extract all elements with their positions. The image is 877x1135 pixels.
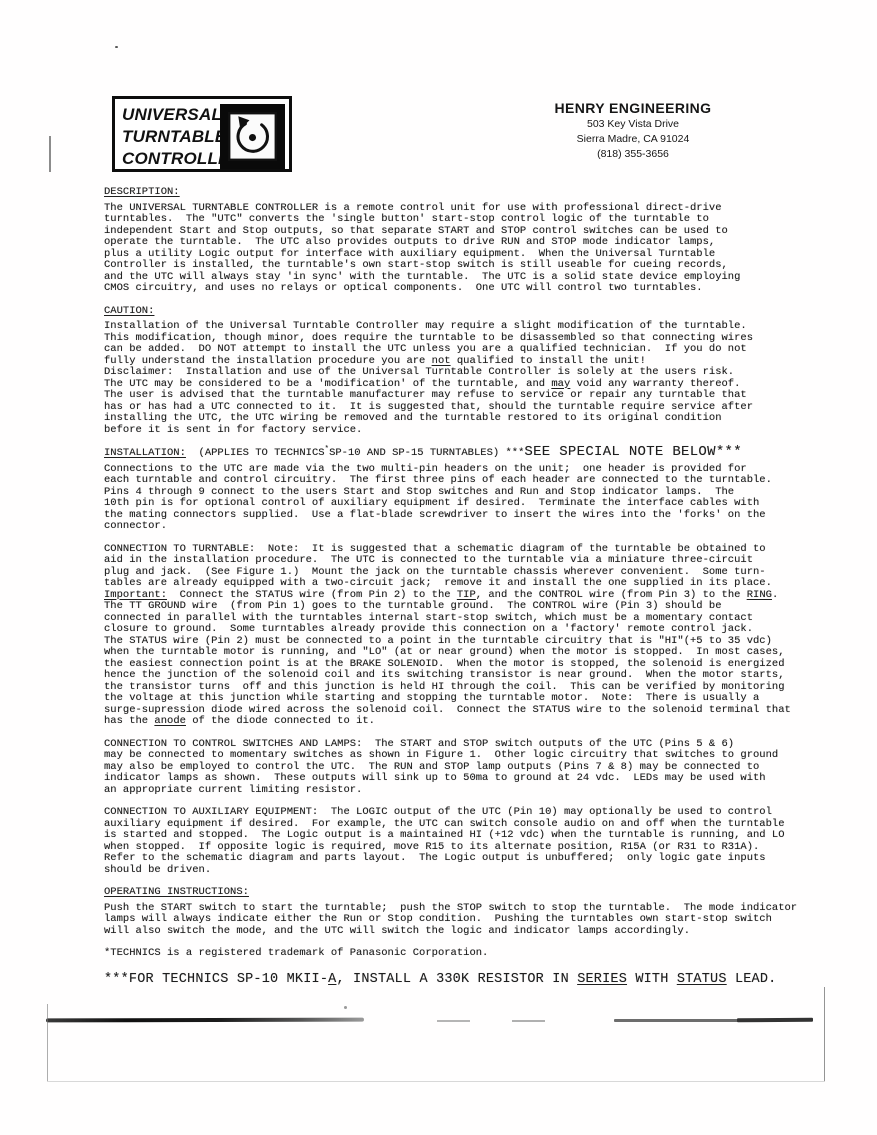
text-line: CAUTION: xyxy=(104,306,814,318)
text-line: connector. xyxy=(104,521,814,533)
text-line: an appropriate current limiting resistor… xyxy=(104,785,814,797)
page-edge-bottom xyxy=(47,1081,825,1082)
text-line: *TECHNICS is a registered trademark of P… xyxy=(104,948,814,960)
caution-heading: CAUTION: xyxy=(104,306,814,318)
scan-smudge-artifact xyxy=(46,1018,364,1023)
scan-speck-artifact xyxy=(115,46,118,48)
trademark-line: *TECHNICS is a registered trademark of P… xyxy=(104,948,814,960)
text-line: has the anode of the diode connected to … xyxy=(104,716,814,728)
caution-paragraph: Installation of the Universal Turntable … xyxy=(104,321,814,436)
text-line: ***FOR TECHNICS SP-10 MKII-A, INSTALL A … xyxy=(104,971,814,988)
text-line: INSTALLATION: (APPLIES TO TECHNICS*SP-10… xyxy=(104,447,814,460)
scan-smudge-artifact xyxy=(737,1018,813,1022)
text-line: before it is sent in for factory service… xyxy=(104,425,814,437)
text-line: OPERATING INSTRUCTIONS: xyxy=(104,887,814,899)
scan-smudge-artifact xyxy=(437,1020,470,1022)
company-address-line2: Sierra Madre, CA 91024 xyxy=(513,132,753,147)
scan-tick-artifact xyxy=(49,136,51,172)
scanned-page: UNIVERSAL TURNTABLE CONTROLLER HENRY ENG… xyxy=(0,0,877,1135)
connection-switches-paragraph: CONNECTION TO CONTROL SWITCHES AND LAMPS… xyxy=(104,739,814,797)
installation-heading: INSTALLATION: (APPLIES TO TECHNICS*SP-10… xyxy=(104,447,814,460)
company-name: HENRY ENGINEERING xyxy=(513,99,753,117)
description-heading: DESCRIPTION: xyxy=(104,187,814,199)
connection-auxiliary-paragraph: CONNECTION TO AUXILIARY EQUIPMENT: The L… xyxy=(104,807,814,876)
scan-smudge-artifact xyxy=(614,1019,738,1022)
operating-paragraph: Push the START switch to start the turnt… xyxy=(104,903,814,938)
text-line: should be driven. xyxy=(104,865,814,877)
special-note-line: ***FOR TECHNICS SP-10 MKII-A, INSTALL A … xyxy=(104,971,814,988)
connection-turntable-paragraph: CONNECTION TO TURNTABLE: Note: It is sug… xyxy=(104,544,814,728)
scan-speck-artifact xyxy=(344,1006,347,1009)
company-block: HENRY ENGINEERING 503 Key Vista Drive Si… xyxy=(513,99,753,162)
operating-instructions-heading: OPERATING INSTRUCTIONS: xyxy=(104,887,814,899)
utc-logo: UNIVERSAL TURNTABLE CONTROLLER xyxy=(112,96,292,172)
text-line: the mating connectors supplied. Use a fl… xyxy=(104,510,814,522)
page-edge-left xyxy=(47,1004,48,1082)
company-phone: (818) 355-3656 xyxy=(513,147,753,162)
text-line: DESCRIPTION: xyxy=(104,187,814,199)
installation-paragraph: Connections to the UTC are made via the … xyxy=(104,464,814,533)
text-line: will also switch the mode, and the UTC w… xyxy=(104,926,814,938)
document-body: DESCRIPTION:The UNIVERSAL TURNTABLE CONT… xyxy=(104,182,814,999)
rotation-arrow-icon xyxy=(220,104,285,169)
text-line: CMOS circuitry, and uses no relays or op… xyxy=(104,283,814,295)
description-paragraph: The UNIVERSAL TURNTABLE CONTROLLER is a … xyxy=(104,203,814,295)
company-address-line1: 503 Key Vista Drive xyxy=(513,117,753,132)
page-edge-right xyxy=(824,987,825,1082)
scan-smudge-artifact xyxy=(512,1020,545,1022)
